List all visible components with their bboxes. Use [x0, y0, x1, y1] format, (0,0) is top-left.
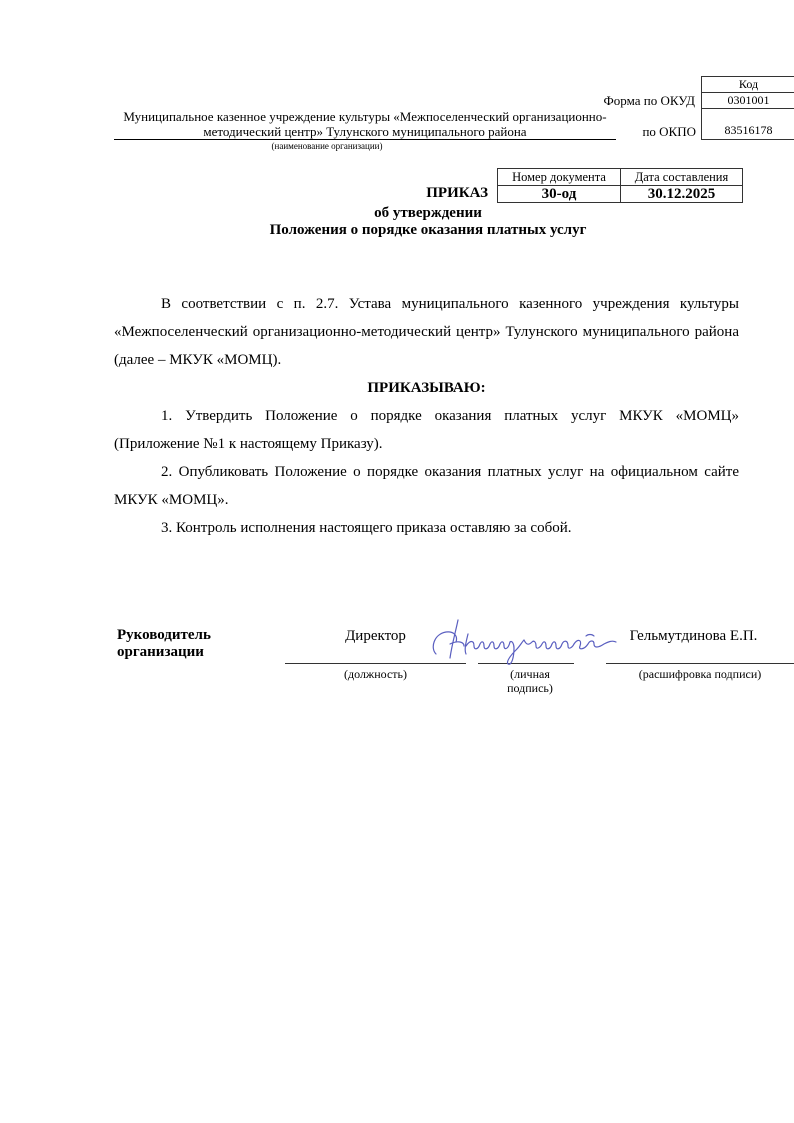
- order-item-1: 1. Утвердить Положение о порядке оказани…: [114, 402, 739, 458]
- order-item-3: 3. Контроль исполнения настоящего приказ…: [114, 514, 739, 542]
- organization-name: Муниципальное казенное учреждение культу…: [114, 109, 616, 139]
- order-subtitle-line1: об утверждении: [0, 205, 794, 222]
- position-caption: (должность): [285, 667, 466, 681]
- signer-role: Руководитель организации: [117, 627, 277, 661]
- organization-caption: (наименование организации): [114, 141, 540, 151]
- signature-caption: (личная подпись): [490, 667, 570, 695]
- organization-underline: [114, 139, 616, 140]
- doc-number: 30-од: [498, 186, 620, 203]
- name-line: [606, 663, 794, 664]
- doc-date-label: Дата составления: [621, 169, 742, 185]
- order-title: ПРИКАЗ: [380, 185, 488, 202]
- okpo-value: 83516178: [702, 123, 794, 138]
- doc-date: 30.12.2025: [621, 186, 742, 203]
- code-header: Код: [702, 77, 794, 93]
- okud-value: 0301001: [702, 93, 794, 109]
- preamble-paragraph: В соответствии с п. 2.7. Устава муниципа…: [114, 290, 739, 374]
- name-caption: (расшифровка подписи): [606, 667, 794, 681]
- order-item-2: 2. Опубликовать Положение о порядке оказ…: [114, 458, 739, 514]
- document-info-table: Номер документа Дата составления 30-од 3…: [497, 168, 743, 203]
- doc-number-label: Номер документа: [498, 169, 620, 185]
- command-heading: ПРИКАЗЫВАЮ:: [114, 374, 739, 402]
- handwritten-signature-icon: [428, 612, 618, 667]
- order-subtitle-line2: Положения о порядке оказания платных усл…: [0, 222, 794, 239]
- signer-name: Гельмутдинова Е.П.: [593, 628, 794, 645]
- okud-label: Форма по ОКУД: [520, 93, 695, 109]
- code-box: Код 0301001 83516178: [701, 76, 794, 140]
